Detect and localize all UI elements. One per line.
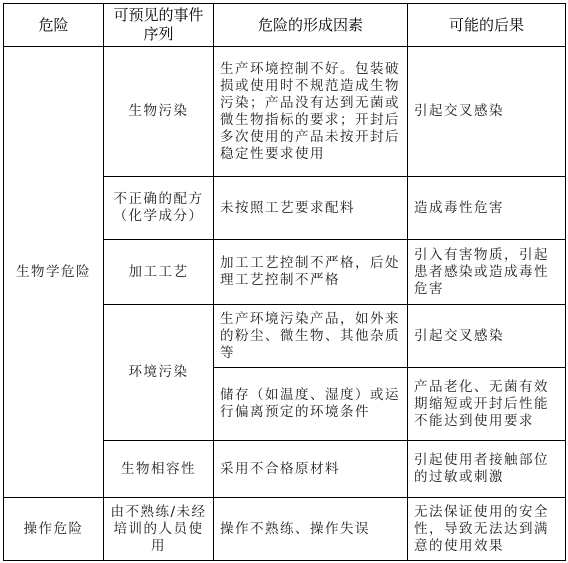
factor-cell: 储存（如温度、湿度）或运行偏离预定的环境条件 (214, 368, 408, 441)
event-cell: 生物相容性 (104, 441, 214, 498)
event-cell: 生物污染 (104, 47, 214, 177)
consequence-cell: 造成毒性危害 (408, 177, 566, 240)
factor-cell: 生产环境污染产品，如外来的粉尘、微生物、其他杂质等 (214, 305, 408, 368)
consequence-cell: 引入有害物质，引起患者感染或造成毒性危害 (408, 240, 566, 305)
consequence-cell: 引起使用者接触部位的过敏或刺激 (408, 441, 566, 498)
factor-cell: 未按照工艺要求配料 (214, 177, 408, 240)
hazard-cell-biological: 生物学危险 (4, 47, 104, 498)
table-row: 操作危险 由不熟练/未经培训的人员使用 操作不熟练、操作失误 无法保证使用的安全… (4, 498, 566, 561)
factor-cell: 生产环境控制不好。包装破损或使用时不规范造成生物污染；产品没有达到无菌或微生物指… (214, 47, 408, 177)
column-header-hazard: 危险 (4, 4, 104, 47)
event-cell: 加工工艺 (104, 240, 214, 305)
factor-cell: 采用不合格原材料 (214, 441, 408, 498)
event-cell: 由不熟练/未经培训的人员使用 (104, 498, 214, 561)
consequence-cell: 产品老化、无菌有效期缩短或开封后性能不能达到使用要求 (408, 368, 566, 441)
consequence-cell: 无法保证使用的安全性，导致无法达到满意的使用效果 (408, 498, 566, 561)
factor-cell: 操作不熟练、操作失误 (214, 498, 408, 561)
table-header-row: 危险 可预见的事件序列 危险的形成因素 可能的后果 (4, 4, 566, 47)
risk-analysis-table: 危险 可预见的事件序列 危险的形成因素 可能的后果 生物学危险 生物污染 生产环… (3, 3, 566, 561)
hazard-cell-operational: 操作危险 (4, 498, 104, 561)
event-cell-merged: 环境污染 (104, 305, 214, 441)
column-header-consequences: 可能的后果 (408, 4, 566, 47)
event-cell: 不正确的配方（化学成分） (104, 177, 214, 240)
factor-cell: 加工工艺控制不严格，后处理工艺控制不严格 (214, 240, 408, 305)
consequence-cell: 引起交叉感染 (408, 305, 566, 368)
column-header-cause-factors: 危险的形成因素 (214, 4, 408, 47)
table-row: 生物学危险 生物污染 生产环境控制不好。包装破损或使用时不规范造成生物污染；产品… (4, 47, 566, 177)
consequence-cell: 引起交叉感染 (408, 47, 566, 177)
column-header-event-sequence: 可预见的事件序列 (104, 4, 214, 47)
